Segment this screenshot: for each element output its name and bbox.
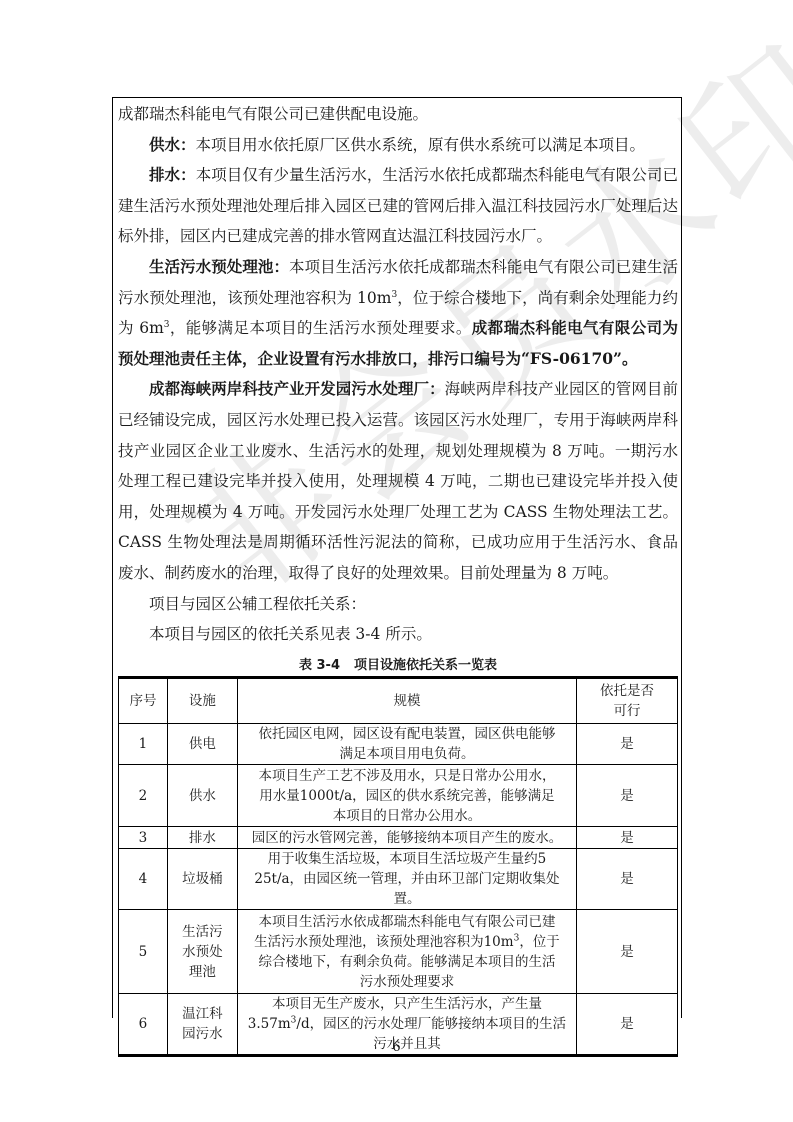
paragraph-power-tail: 成都瑞杰科能电气有限公司已建供配电设施。 xyxy=(118,99,678,130)
page-number: 6 xyxy=(0,1040,793,1055)
paragraph-text: 本项目用水依托原厂区供水系统，原有供水系统可以满足本项目。 xyxy=(196,136,646,154)
paragraph-water-supply: 供水：本项目用水依托原厂区供水系统，原有供水系统可以满足本项目。 xyxy=(118,130,678,161)
paragraph-drainage: 排水：本项目仅有少量生活污水，生活污水依托成都瑞杰科能电气有限公司已建生活污水预… xyxy=(118,160,678,252)
paragraph-heading: 供水： xyxy=(149,135,196,154)
cell-facility: 供水 xyxy=(167,765,237,827)
paragraph-heading: 排水： xyxy=(149,165,196,184)
header-facility: 设施 xyxy=(167,678,237,724)
cell-no: 1 xyxy=(119,724,168,765)
paragraph-text: ，能够满足本项目的生活污水预处理要求。 xyxy=(170,319,472,337)
table-row: 4 垃圾桶 用于收集生活垃圾，本项目生活垃圾产生量约5 25t/a，由园区统一管… xyxy=(119,849,678,910)
cell-no: 5 xyxy=(119,910,168,994)
table-caption: 表 3-4项目设施依托关系一览表 xyxy=(118,656,678,676)
cell-facility: 排水 xyxy=(167,827,237,849)
cell-feasible: 是 xyxy=(577,827,678,849)
cell-no: 4 xyxy=(119,849,168,910)
table-row: 1 供电 依托园区电网，园区设有配电装置，园区供电能够满足本项目用电负荷。 是 xyxy=(119,724,678,765)
paragraph-text: 本项目仅有少量生活污水，生活污水依托成都瑞杰科能电气有限公司已建生活污水预处理池… xyxy=(118,166,678,245)
paragraph-relation-intro: 项目与园区公辅工程依托关系： xyxy=(118,589,678,620)
cell-scale: 本项目生产工艺不涉及用水，只是日常办公用水，用水量1000t/a，园区的供水系统… xyxy=(237,765,576,827)
paragraph-text: 成都瑞杰科能电气有限公司已建供配电设施。 xyxy=(118,105,428,123)
table-row: 3 排水 园区的污水管网完善，能够接纳本项目产生的废水。 是 xyxy=(119,827,678,849)
cell-facility: 垃圾桶 xyxy=(167,849,237,910)
facility-dependency-table: 序号 设施 规模 依托是否可行 1 供电 依托园区电网，园区设有配电装置，园区供… xyxy=(118,676,678,1057)
paragraph-text: 海峡两岸科技产业园区的管网目前已经铺设完成，园区污水处理已投入运营。该园区污水处… xyxy=(118,380,678,582)
table-header-row: 序号 设施 规模 依托是否可行 xyxy=(119,678,678,724)
table-row: 2 供水 本项目生产工艺不涉及用水，只是日常办公用水，用水量1000t/a，园区… xyxy=(119,765,678,827)
cell-no: 3 xyxy=(119,827,168,849)
cell-facility: 生活污水预处理池 xyxy=(167,910,237,994)
cell-no: 2 xyxy=(119,765,168,827)
paragraph-text: 本项目与园区的依托关系见表 3-4 所示。 xyxy=(149,625,432,643)
cell-feasible: 是 xyxy=(577,765,678,827)
cell-scale: 园区的污水管网完善，能够接纳本项目产生的废水。 xyxy=(237,827,576,849)
paragraph-wastewater-plant: 成都海峡两岸科技产业开发园污水处理厂：海峡两岸科技产业园区的管网目前已经铺设完成… xyxy=(118,374,678,588)
cell-feasible: 是 xyxy=(577,849,678,910)
paragraph-heading: 成都海峡两岸科技产业开发园污水处理厂： xyxy=(149,379,445,398)
cell-feasible: 是 xyxy=(577,910,678,994)
document-body: 成都瑞杰科能电气有限公司已建供配电设施。 供水：本项目用水依托原厂区供水系统，原… xyxy=(118,99,678,650)
cell-facility: 供电 xyxy=(167,724,237,765)
table-caption-number: 表 3-4 xyxy=(299,658,340,673)
cell-scale: 本项目生活污水依成都瑞杰科能电气有限公司已建生活污水预处理池，该预处理池容积为1… xyxy=(237,910,576,994)
paragraph-table-ref: 本项目与园区的依托关系见表 3-4 所示。 xyxy=(118,619,678,650)
header-scale: 规模 xyxy=(237,678,576,724)
cell-feasible: 是 xyxy=(577,724,678,765)
paragraph-text: 项目与园区公辅工程依托关系： xyxy=(149,595,366,613)
header-no: 序号 xyxy=(119,678,168,724)
cell-scale: 用于收集生活垃圾，本项目生活垃圾产生量约5 25t/a，由园区统一管理，并由环卫… xyxy=(237,849,576,910)
header-feasible: 依托是否可行 xyxy=(577,678,678,724)
table-caption-title: 项目设施依托关系一览表 xyxy=(354,658,497,673)
paragraph-heading: 生活污水预处理池： xyxy=(149,257,289,276)
paragraph-pretreatment-pool: 生活污水预处理池：本项目生活污水依托成都瑞杰科能电气有限公司已建生活污水预处理池… xyxy=(118,252,678,374)
cell-scale-text: 本项目生活污水依成都瑞杰科能电气有限公司已建生活污水预处理池，该预处理池容积为1… xyxy=(254,914,555,950)
table-row: 5 生活污水预处理池 本项目生活污水依成都瑞杰科能电气有限公司已建生活污水预处理… xyxy=(119,910,678,994)
cell-scale: 依托园区电网，园区设有配电装置，园区供电能够满足本项目用电负荷。 xyxy=(237,724,576,765)
